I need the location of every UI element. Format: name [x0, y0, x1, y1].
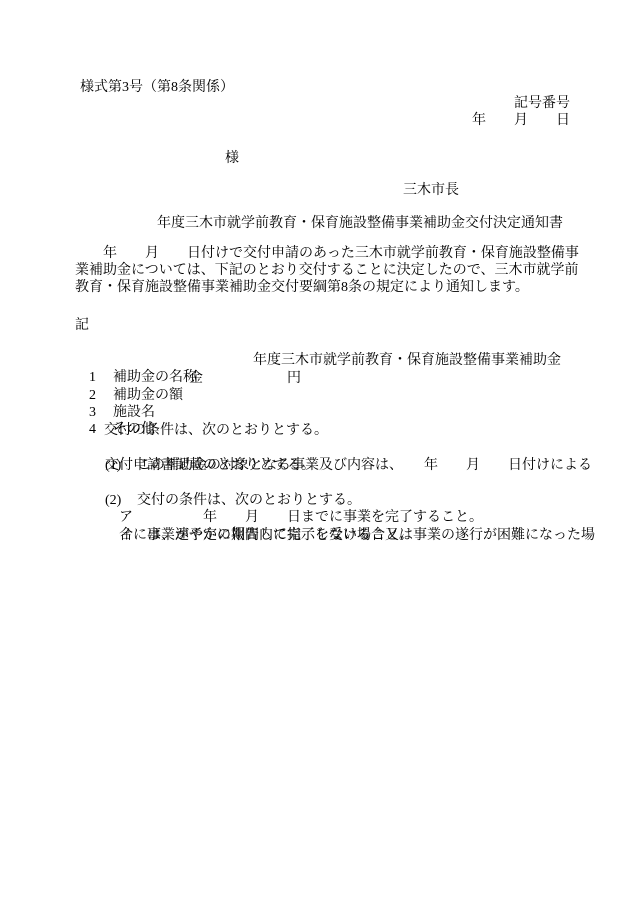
reference-number-label: 記号番号 [514, 95, 570, 112]
notification-document-page: 様式第3号（第8条関係） 記号番号 年 月 日 様 三木市長 年度三木市就学前教… [0, 0, 630, 903]
addressee-honorific: 様 [225, 150, 239, 167]
document-title: 年度三木市就学前教育・保育施設整備事業補助金交付決定通知書 [157, 215, 563, 232]
item-value: 年度三木市就学前教育・保育施設整備事業補助金 [253, 352, 561, 369]
record-heading: 記 [75, 317, 89, 334]
body-paragraph-line-1: 年 月 日付けで交付申請のあった三木市就学前教育・保育施設整備事 [75, 245, 579, 262]
clause-1-continuation: 交付申請書記載のとおりとする。 [105, 457, 315, 474]
body-paragraph-line-3: 教育・保育施設整備事業補助金交付要綱第8条の規定により通知します。 [75, 279, 529, 296]
item-value: 金 円 [189, 370, 301, 387]
subclause-b-continuation: 合には、速やかに報告して指示を受けること。 [119, 527, 413, 544]
sender-title: 三木市長 [403, 182, 459, 199]
date-blank-line: 年 月 日 [472, 112, 570, 129]
body-paragraph-line-2: 業補助金については、下記のとおり交付することに決定したので、三木市就学前 [75, 262, 578, 279]
conditions-intro: 交付の条件は、次のとおりとする。 [104, 422, 328, 439]
form-number: 様式第3号（第8条関係） [80, 79, 234, 96]
